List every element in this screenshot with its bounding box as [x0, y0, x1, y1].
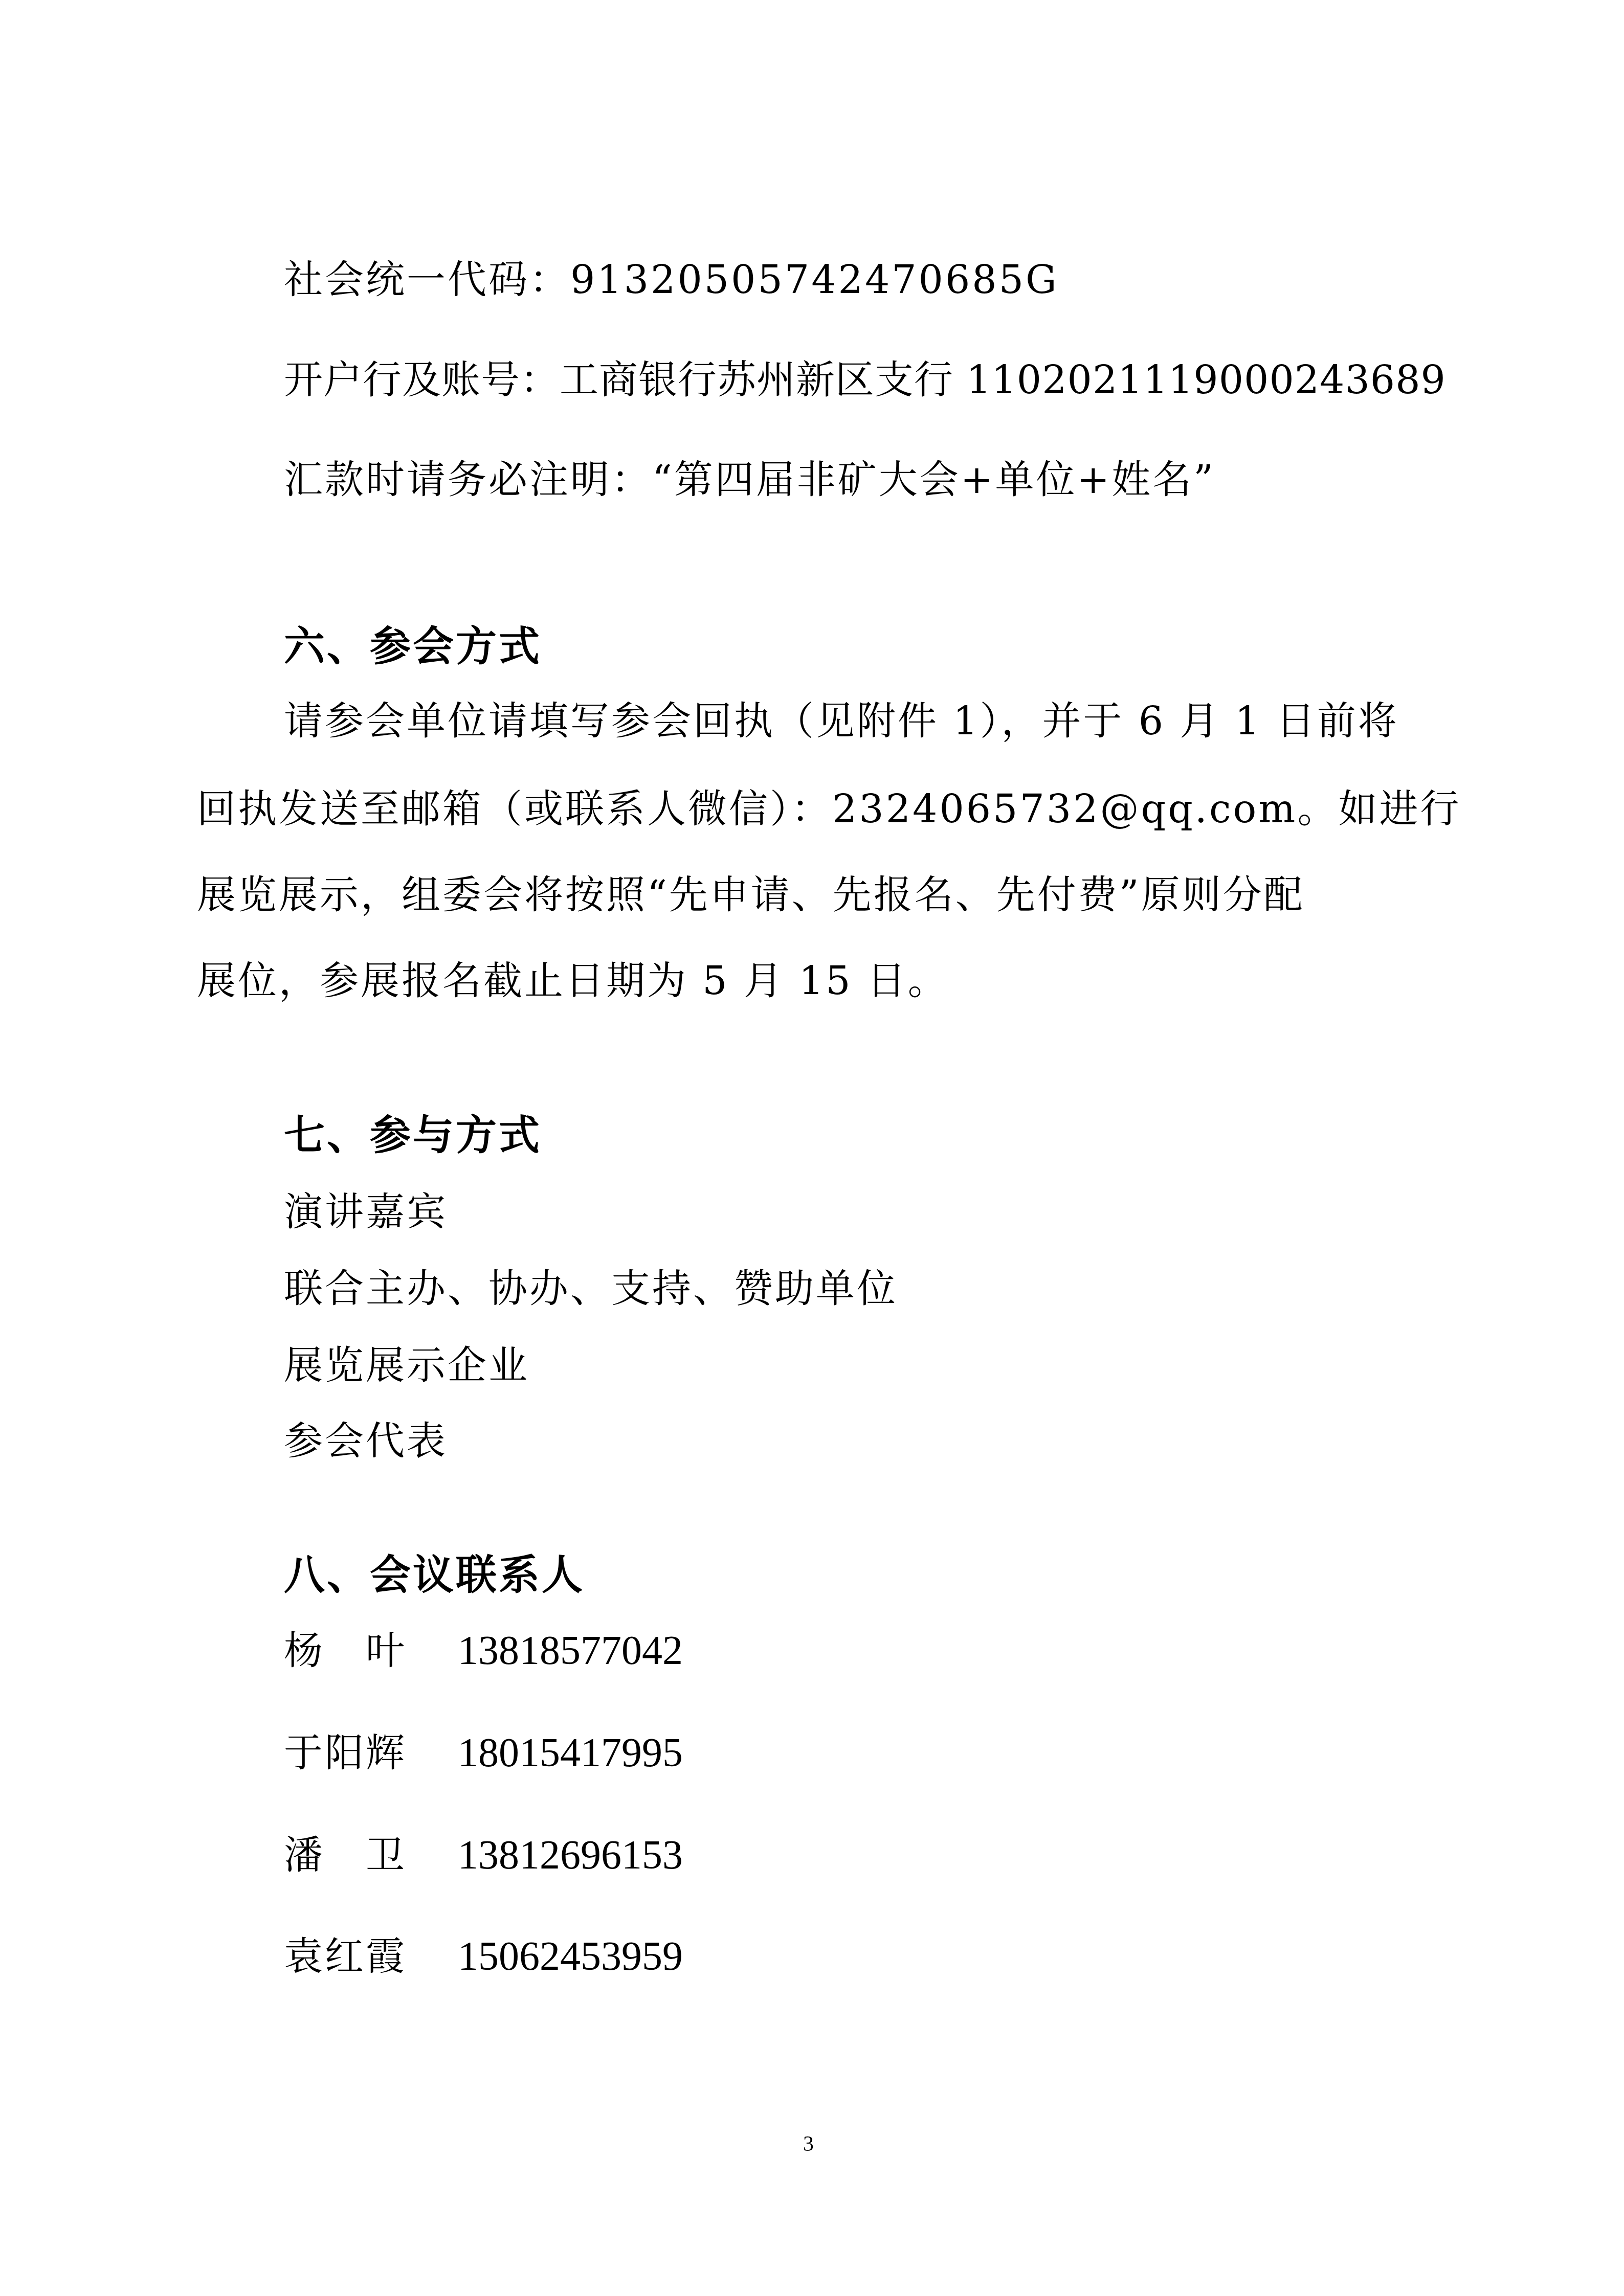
contact-name: 潘 卫 [284, 1830, 407, 1881]
participation-item: 展览展示企业 [284, 1340, 529, 1391]
document-page: 社会统一代码：91320505742470685G 开户行及账号：工商银行苏州新… [0, 0, 1624, 2296]
contact-name: 杨 叶 [284, 1625, 407, 1676]
contact-phone: 15062453959 [458, 1931, 683, 1982]
section8-heading: 八、会议联系人 [284, 1549, 585, 1601]
contact-phone: 18015417995 [458, 1727, 683, 1779]
contact-name: 于阳辉 [284, 1727, 407, 1779]
contact-name: 袁红霞 [284, 1931, 407, 1982]
remittance-note-line: 汇款时请务必注明：“第四届非矿大会+单位+姓名” [284, 454, 1215, 505]
section6-heading: 六、参会方式 [284, 621, 542, 672]
section6-paragraph-line-3: 展览展示，组委会将按照“先申请、先报名、先付费”原则分配 [197, 869, 1305, 920]
section6-paragraph-line-1: 请参会单位请填写参会回执（见附件 1），并于 6 月 1 日前将 [284, 695, 1399, 747]
tax-code-line: 社会统一代码：91320505742470685G [284, 254, 1059, 305]
participation-item: 参会代表 [284, 1415, 448, 1467]
contact-phone: 13818577042 [458, 1625, 683, 1676]
page-number: 3 [803, 2131, 814, 2157]
section6-paragraph-line-4: 展位，参展报名截止日期为 5 月 15 日。 [197, 955, 949, 1006]
participation-item: 演讲嘉宾 [284, 1186, 448, 1237]
section7-heading: 七、参与方式 [284, 1110, 542, 1161]
contact-phone: 13812696153 [458, 1830, 683, 1881]
bank-account-line: 开户行及账号：工商银行苏州新区支行 1102021119000243689 [284, 354, 1446, 406]
section6-paragraph-line-2: 回执发送至邮箱（或联系人微信）：2324065732@qq.com。如进行 [197, 783, 1461, 835]
participation-item: 联合主办、协办、支持、赞助单位 [284, 1263, 898, 1314]
